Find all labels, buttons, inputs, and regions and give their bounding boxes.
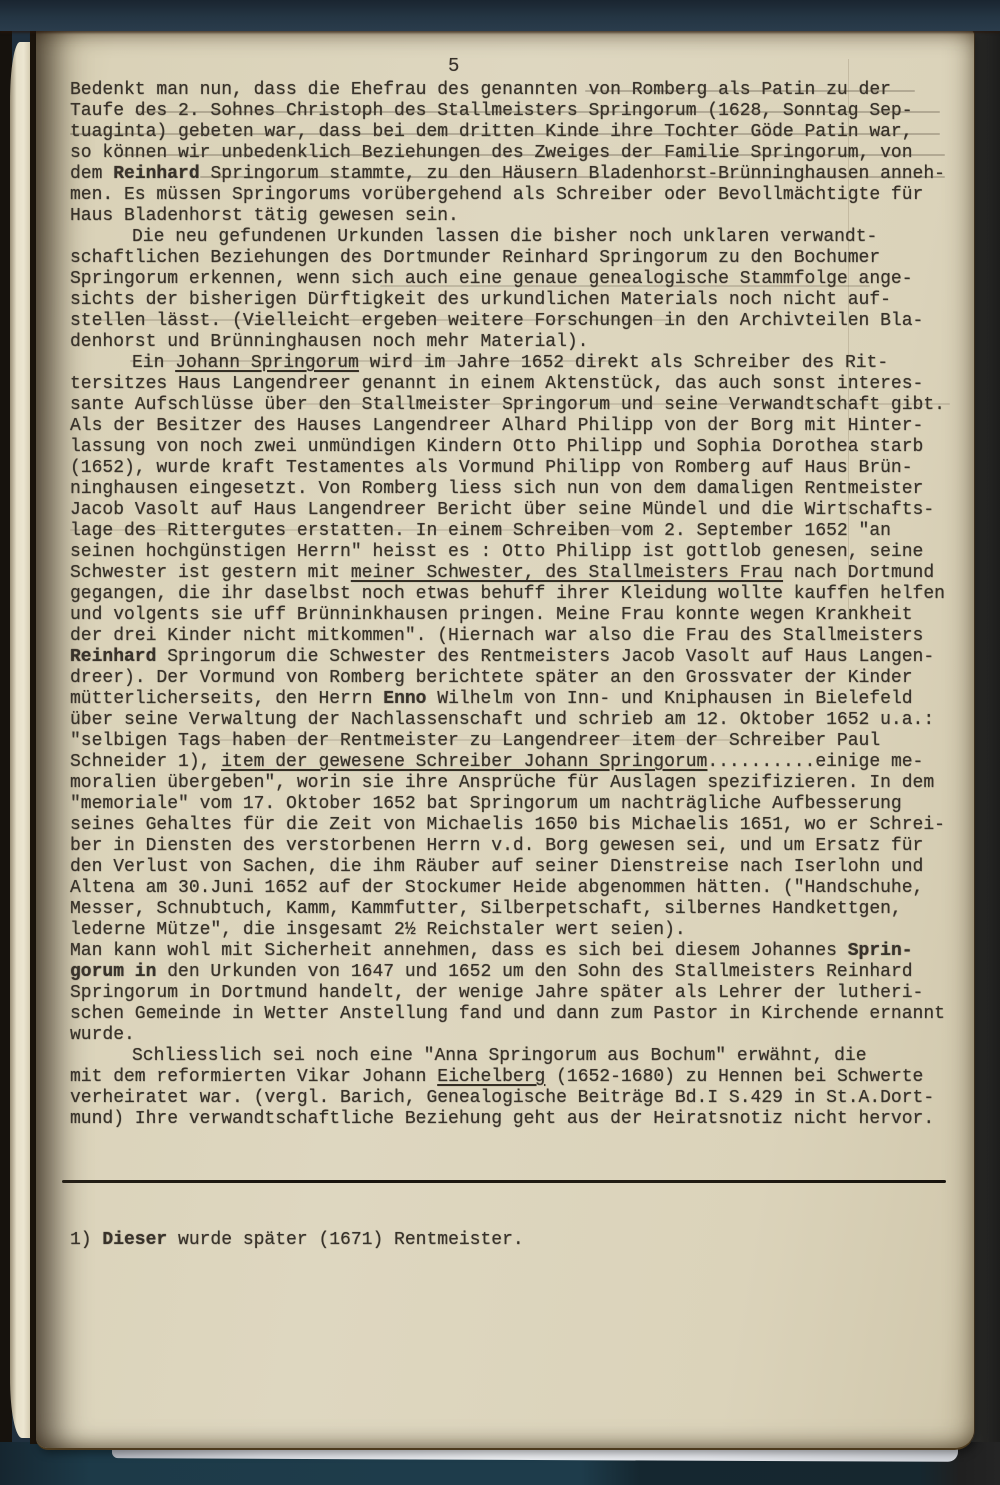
text-segment: Reinhard	[70, 647, 156, 667]
text-segment: Schwester ist gestern mit	[70, 563, 351, 583]
text-line: ninghausen eingesetzt. Von Romberg liess…	[70, 479, 960, 500]
page-content: 5 Bedenkt man nun, dass die Ehefrau des …	[36, 29, 974, 1448]
text-line: über seine Verwaltung der Nachlassenscha…	[70, 710, 960, 731]
text-segment: seinen hochgünstigen Herrn" heisst es : …	[70, 542, 923, 562]
text-line: Schneider 1), item der gewesene Schreibe…	[70, 752, 960, 773]
page-number-row: 5	[70, 55, 960, 80]
text-line: lederne Mütze", die insgesamt 2½ Reichst…	[70, 920, 960, 941]
text-segment: Reinhard	[113, 164, 199, 184]
text-line: moralien übergeben", worin sie ihre Ansp…	[70, 773, 960, 794]
text-line: und volgents sie uff Brünninkhausen prin…	[70, 605, 960, 626]
text-line: dem Reinhard Springorum stammte, zu den …	[70, 164, 960, 185]
text-segment: Springorum erkennen, wenn sich auch eine…	[70, 269, 913, 289]
text-line: gorum in den Urkunden von 1647 und 1652 …	[70, 962, 960, 983]
text-line: seinen hochgünstigen Herrn" heisst es : …	[70, 542, 960, 563]
text-segment: Enno	[383, 689, 426, 709]
text-line: dreer). Der Vormund von Romberg berichte…	[70, 668, 960, 689]
text-segment: tuaginta) gebeten war, dass bei dem drit…	[70, 122, 913, 142]
text-segment: seines Gehaltes für die Zeit von Michael…	[70, 815, 945, 835]
text-line: Bedenkt man nun, dass die Ehefrau des ge…	[70, 80, 960, 101]
text-line: Man kann wohl mit Sicherheit annehmen, d…	[70, 941, 960, 962]
text-segment: Dieser	[102, 1230, 167, 1250]
text-segment: dem	[70, 164, 113, 184]
text-line: seines Gehaltes für die Zeit von Michael…	[70, 815, 960, 836]
text-segment: Schliesslich sei noch eine "Anna Springo…	[132, 1046, 867, 1066]
text-segment: moralien übergeben", worin sie ihre Ansp…	[70, 773, 934, 793]
text-line: Springorum erkennen, wenn sich auch eine…	[70, 269, 960, 290]
text-segment: mund) Ihre verwandtschaftliche Beziehung…	[70, 1109, 934, 1129]
text-line: der drei Kinder nicht mitkommen". (Hiern…	[70, 626, 960, 647]
text-line: so können wir unbedenklich Beziehungen d…	[70, 143, 960, 164]
text-line: tuaginta) gebeten war, dass bei dem drit…	[70, 122, 960, 143]
text-segment: über seine Verwaltung der Nachlassenscha…	[70, 710, 934, 730]
text-segment: verheiratet war. (vergl. Barich, Genealo…	[70, 1088, 934, 1108]
text-line: lage des Rittergutes erstatten. In einem…	[70, 521, 960, 542]
text-line: "memoriale" vom 17. Oktober 1652 bat Spr…	[70, 794, 960, 815]
text-segment: denhorst und Brünninghausen noch mehr Ma…	[70, 332, 588, 352]
text-segment: den Urkunden von 1647 und 1652 um den So…	[156, 962, 912, 982]
text-line: Ein Johann Springorum wird im Jahre 1652…	[70, 353, 960, 374]
text-line: Springorum in Dortmund handelt, der weni…	[70, 983, 960, 1004]
text-segment: gegangen, die ihr daselbst noch etwas be…	[70, 584, 945, 604]
text-segment: lederne Mütze", die insgesamt 2½ Reichst…	[70, 920, 686, 940]
text-line: Als der Besitzer des Hauses Langendreer …	[70, 416, 960, 437]
text-segment: so können wir unbedenklich Beziehungen d…	[70, 143, 913, 163]
text-segment: dreer). Der Vormund von Romberg berichte…	[70, 668, 913, 688]
text-line: mund) Ihre verwandtschaftliche Beziehung…	[70, 1109, 960, 1130]
text-segment: Man kann wohl mit Sicherheit annehmen, d…	[70, 941, 848, 961]
text-line: Reinhard Springorum die Schwester des Re…	[70, 647, 960, 668]
text-line: Schwester ist gestern mit meiner Schwest…	[70, 563, 960, 584]
text-line: Altena am 30.Juni 1652 auf der Stockumer…	[70, 878, 960, 899]
text-segment: wurde später (1671) Rentmeister.	[167, 1230, 523, 1250]
text-segment: mütterlicherseits, den Herrn	[70, 689, 383, 709]
footnote-line: 1) Dieser wurde später (1671) Rentmeiste…	[70, 1230, 960, 1251]
text-segment: Sprin-	[848, 941, 913, 961]
text-segment: Springorum stammte, zu den Häusern Blade…	[200, 164, 945, 184]
text-segment: Wilhelm von Inn- und Kniphausen in Biele…	[426, 689, 912, 709]
text-line: Messer, Schnubtuch, Kamm, Kammfutter, Si…	[70, 899, 960, 920]
text-segment: den Verlust von Sachen, die ihm Räuber a…	[70, 857, 923, 877]
text-segment: sichts der bisherigen Dürftigkeit des ur…	[70, 290, 891, 310]
text-line: mit dem reformierten Vikar Johann Eichel…	[70, 1067, 960, 1088]
text-segment: lassung von noch zwei unmündigen Kindern…	[70, 437, 923, 457]
text-segment: men. Es müssen Springorums vorübergehend…	[70, 185, 923, 205]
text-line: men. Es müssen Springorums vorübergehend…	[70, 185, 960, 206]
text-line: (1652), wurde kraft Testamentes als Vorm…	[70, 458, 960, 479]
text-segment: der drei Kinder nicht mitkommen". (Hiern…	[70, 626, 923, 646]
underlined-text: meiner Schwester, des Stallmeisters Frau	[351, 563, 783, 583]
text-segment: wurde.	[70, 1025, 135, 1045]
text-line: stellen lässt. (Vielleicht ergeben weite…	[70, 311, 960, 332]
text-line: den Verlust von Sachen, die ihm Räuber a…	[70, 857, 960, 878]
text-segment: ber in Diensten des verstorbenen Herrn v…	[70, 836, 923, 856]
text-segment: sante Aufschlüsse über den Stallmeister …	[70, 395, 945, 415]
text-line: gegangen, die ihr daselbst noch etwas be…	[70, 584, 960, 605]
text-line: schen Gemeinde in Wetter Anstellung fand…	[70, 1004, 960, 1025]
text-line: denhorst und Brünninghausen noch mehr Ma…	[70, 332, 960, 353]
text-segment: lage des Rittergutes erstatten. In einem…	[70, 521, 891, 541]
text-segment: Springorum in Dortmund handelt, der weni…	[70, 983, 923, 1003]
text-line: mütterlicherseits, den Herrn Enno Wilhel…	[70, 689, 960, 710]
text-line: ber in Diensten des verstorbenen Herrn v…	[70, 836, 960, 857]
text-line: tersitzes Haus Langendreer genannt in ei…	[70, 374, 960, 395]
stacked-pages-edge	[10, 42, 32, 1438]
text-segment: ninghausen eingesetzt. Von Romberg liess…	[70, 479, 923, 499]
text-line: lassung von noch zwei unmündigen Kindern…	[70, 437, 960, 458]
scanned-document: { "colors":{ "paper":"#ded7c0", "ink":"#…	[0, 0, 1000, 1485]
text-segment: Messer, Schnubtuch, Kamm, Kammfutter, Si…	[70, 899, 902, 919]
text-segment: Taufe des 2. Sohnes Christoph des Stallm…	[70, 101, 913, 121]
typewriter-page: 5 Bedenkt man nun, dass die Ehefrau des …	[36, 27, 975, 1450]
text-line: verheiratet war. (vergl. Barich, Genealo…	[70, 1088, 960, 1109]
text-segment: Ein	[132, 353, 175, 373]
text-segment: stellen lässt. (Vielleicht ergeben weite…	[70, 311, 923, 331]
text-segment: schaftlichen Beziehungen des Dortmunder …	[70, 248, 880, 268]
text-segment: und volgents sie uff Brünninkhausen prin…	[70, 605, 913, 625]
body-text: Bedenkt man nun, dass die Ehefrau des ge…	[70, 80, 960, 1130]
text-segment: Als der Besitzer des Hauses Langendreer …	[70, 416, 923, 436]
text-line: Schliesslich sei noch eine "Anna Springo…	[70, 1046, 960, 1067]
page-number: 5	[448, 55, 459, 77]
text-line: sante Aufschlüsse über den Stallmeister …	[70, 395, 960, 416]
text-line: sichts der bisherigen Dürftigkeit des ur…	[70, 290, 960, 311]
text-segment: Die neu gefundenen Urkunden lassen die b…	[132, 227, 877, 247]
underlined-text: item der gewesene Schreiber Johann Sprin…	[221, 752, 707, 772]
text-segment: ..........einige me-	[707, 752, 923, 772]
text-segment: (1652-1680) zu Hennen bei Schwerte	[545, 1067, 923, 1087]
scan-background-right	[972, 0, 1000, 1485]
text-segment: Schneider 1),	[70, 752, 221, 772]
text-line: Jacob Vasolt auf Haus Langendreer Berich…	[70, 500, 960, 521]
text-line: Haus Bladenhorst tätig gewesen sein.	[70, 206, 960, 227]
text-segment: wird im Jahre 1652 direkt als Schreiber …	[359, 353, 888, 373]
text-segment: Altena am 30.Juni 1652 auf der Stockumer…	[70, 878, 923, 898]
text-segment: Haus Bladenhorst tätig gewesen sein.	[70, 206, 459, 226]
text-segment: gorum in	[70, 962, 156, 982]
footnote-separator	[62, 1180, 946, 1183]
underlined-text: Johann Springorum	[175, 353, 359, 373]
text-line: wurde.	[70, 1025, 960, 1046]
text-segment: Springorum die Schwester des Rentmeister…	[156, 647, 934, 667]
text-segment: nach Dortmund	[783, 563, 934, 583]
text-segment: tersitzes Haus Langendreer genannt in ei…	[70, 374, 923, 394]
text-line: "selbigen Tags haben der Rentmeister zu …	[70, 731, 960, 752]
text-segment: "memoriale" vom 17. Oktober 1652 bat Spr…	[70, 794, 902, 814]
text-line: Taufe des 2. Sohnes Christoph des Stallm…	[70, 101, 960, 122]
text-segment: 1)	[70, 1230, 102, 1250]
underlined-text: Eichelberg	[437, 1067, 545, 1087]
text-segment: Jacob Vasolt auf Haus Langendreer Berich…	[70, 500, 934, 520]
text-line: Die neu gefundenen Urkunden lassen die b…	[70, 227, 960, 248]
text-segment: mit dem reformierten Vikar Johann	[70, 1067, 437, 1087]
text-line: schaftlichen Beziehungen des Dortmunder …	[70, 248, 960, 269]
text-segment: "selbigen Tags haben der Rentmeister zu …	[70, 731, 880, 751]
text-segment: Bedenkt man nun, dass die Ehefrau des ge…	[70, 80, 891, 100]
text-segment: schen Gemeinde in Wetter Anstellung fand…	[70, 1004, 945, 1024]
text-segment: (1652), wurde kraft Testamentes als Vorm…	[70, 458, 913, 478]
scan-background-top	[0, 0, 1000, 31]
